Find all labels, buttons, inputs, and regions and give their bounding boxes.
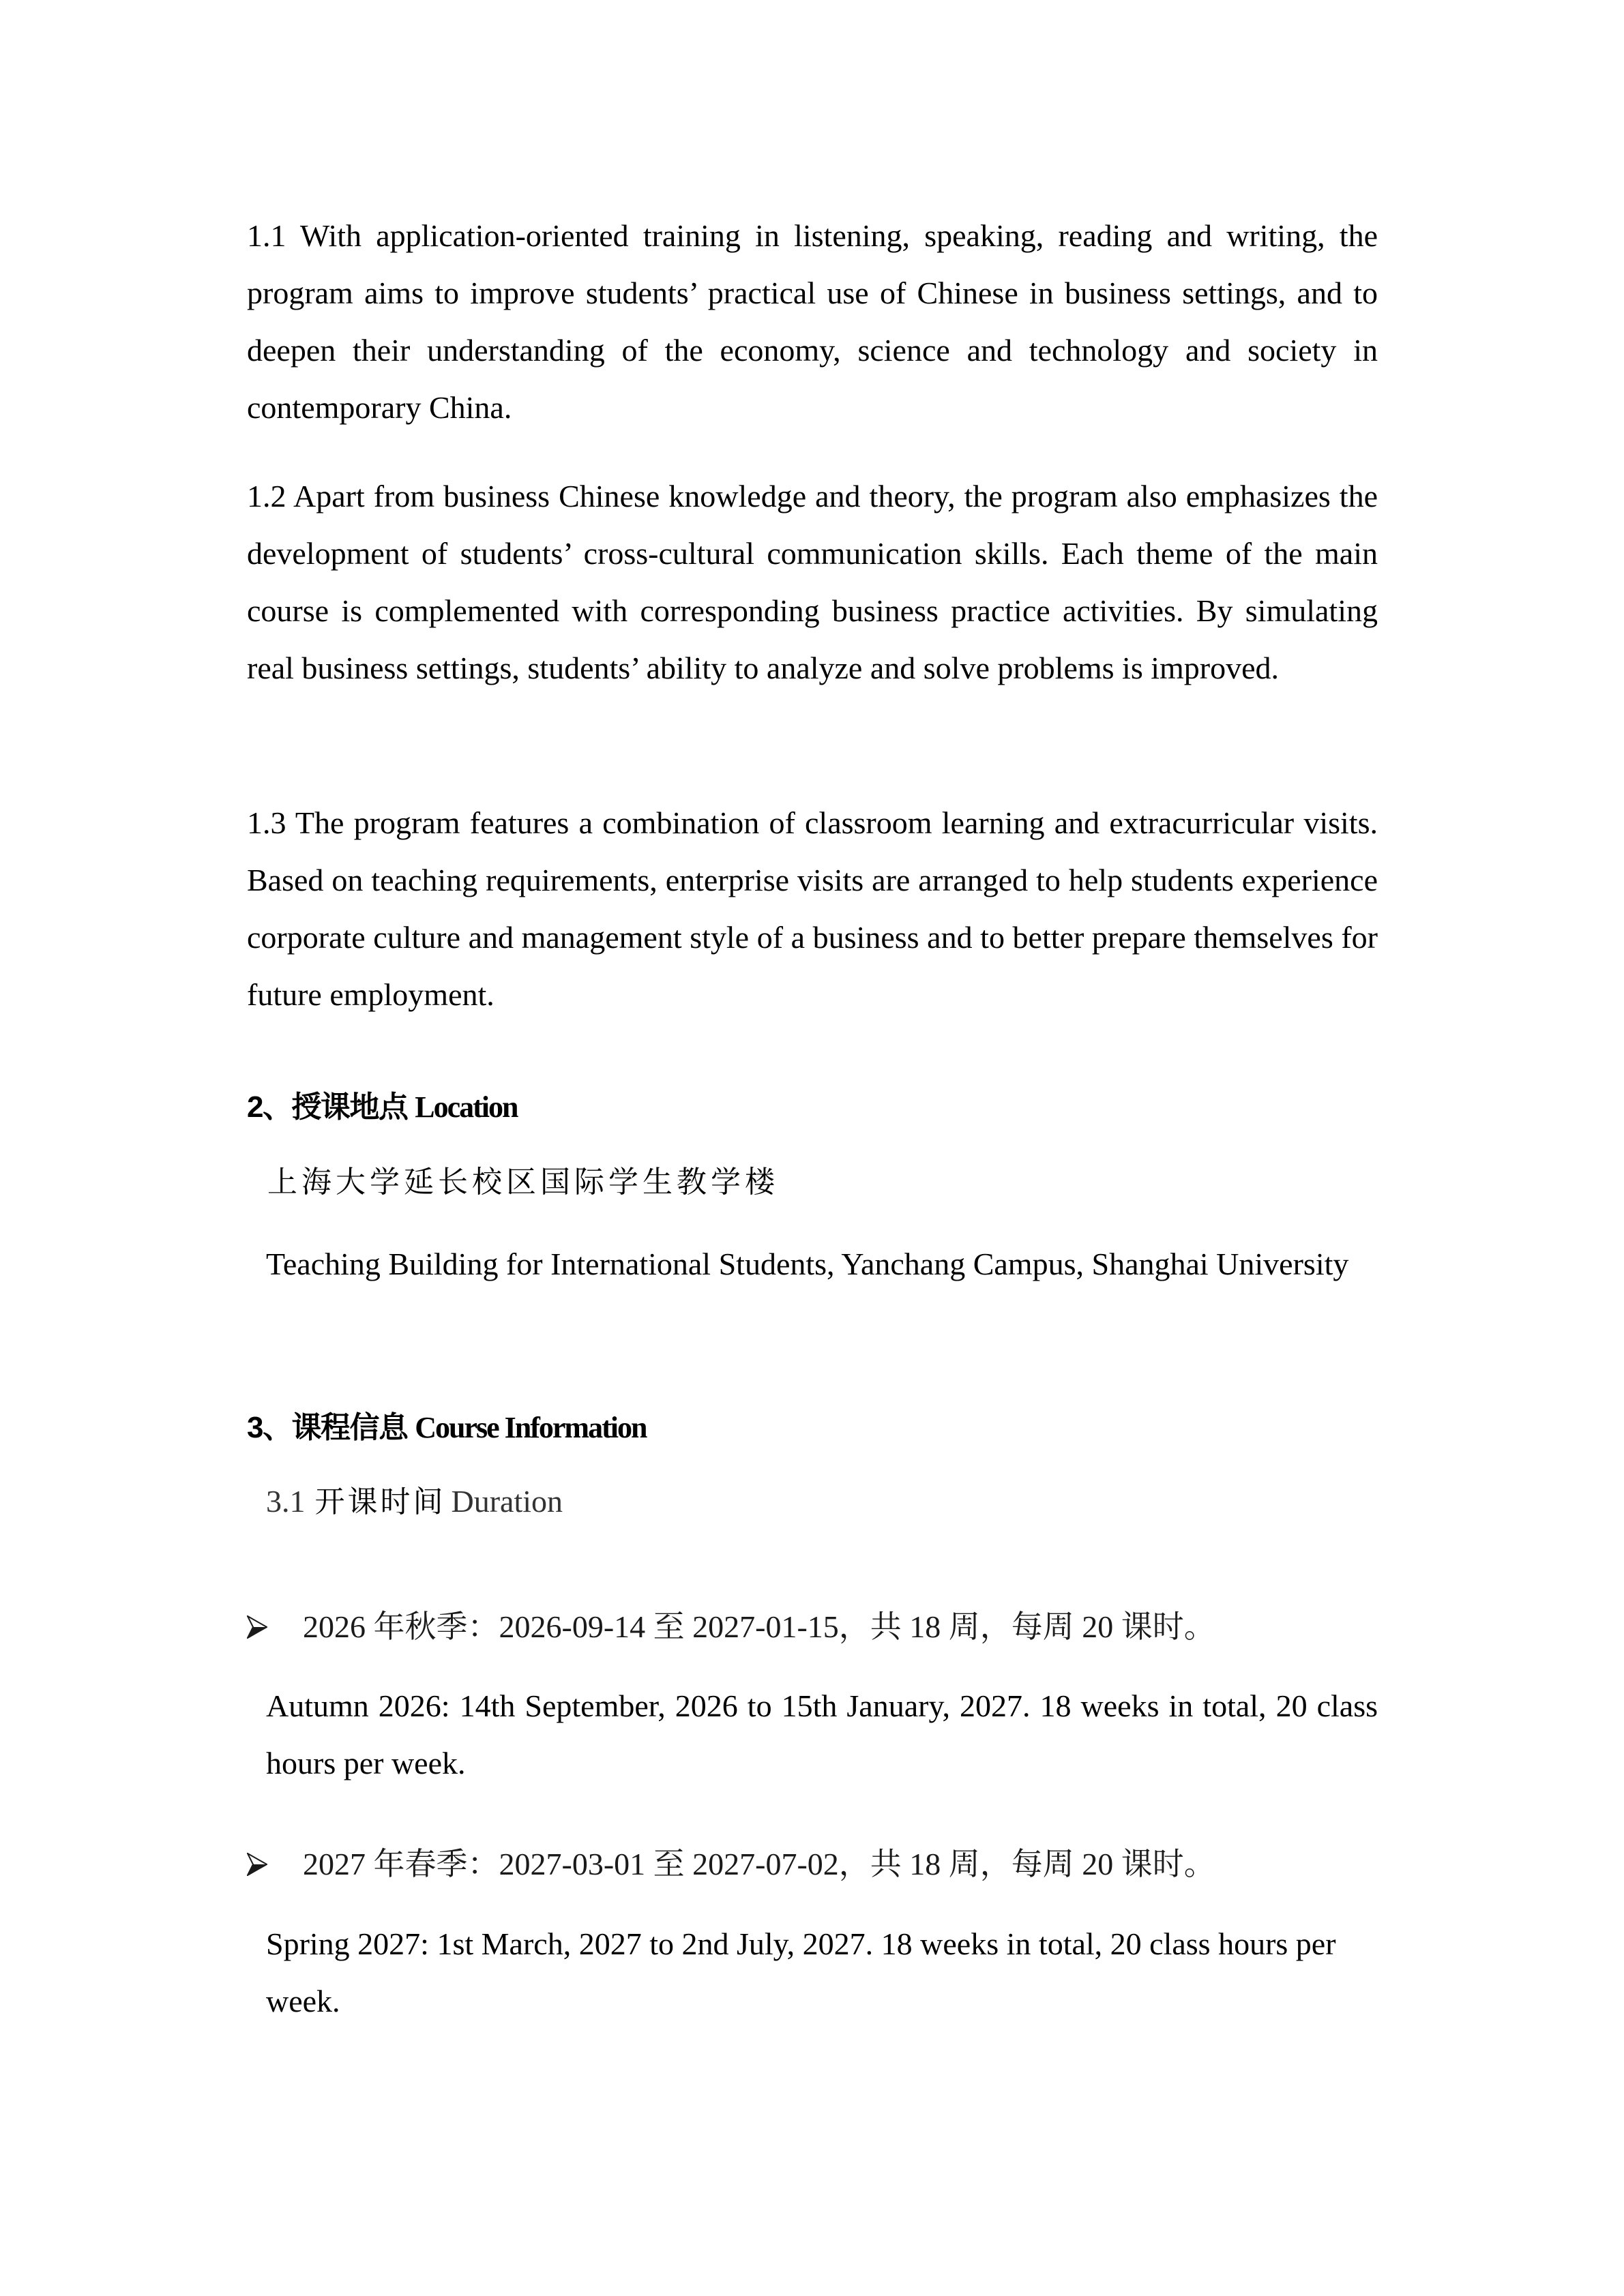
term-chinese: 2026 年秋季：2026-09-14 至 2027-01-15，共 18 周，… <box>303 1609 1215 1644</box>
section-number: 2、 <box>247 1090 291 1124</box>
section-number: 3、 <box>247 1411 291 1444</box>
term-bullet-spring: 2027 年春季：2027-03-01 至 2027-07-02，共 18 周，… <box>247 1844 1378 1885</box>
subsection-heading-duration: 3.1开课时间Duration <box>266 1481 563 1523</box>
section-title-en: Location <box>415 1090 517 1124</box>
paragraph-1-3: 1.3 The program features a combination o… <box>247 794 1378 1024</box>
term-bullet-autumn: 2026 年秋季：2026-09-14 至 2027-01-15，共 18 周，… <box>247 1607 1378 1648</box>
arrowhead-bullet-icon <box>247 1615 267 1639</box>
subsection-title-cn: 开课时间 <box>315 1485 446 1519</box>
location-chinese: 上海大学延长校区国际学生教学楼 <box>267 1162 779 1203</box>
section-title-en: Course Information <box>415 1411 646 1444</box>
term-english-spring: Spring 2027: 1st March, 2027 to 2nd July… <box>266 1915 1357 2030</box>
arrowhead-bullet-icon <box>247 1853 267 1876</box>
paragraph-1-1: 1.1 With application-oriented training i… <box>247 207 1378 436</box>
term-chinese: 2027 年春季：2027-03-01 至 2027-07-02，共 18 周，… <box>303 1847 1215 1881</box>
paragraph-1-2: 1.2 Apart from business Chinese knowledg… <box>247 468 1378 697</box>
subsection-number: 3.1 <box>266 1484 306 1519</box>
subsection-title-en: Duration <box>452 1484 563 1519</box>
section-heading-location: 2、授课地点 Location <box>247 1087 517 1128</box>
location-english: Teaching Building for International Stud… <box>266 1236 1378 1293</box>
section-heading-course-information: 3、课程信息 Course Information <box>247 1407 646 1448</box>
term-english-autumn: Autumn 2026: 14th September, 2026 to 15t… <box>266 1678 1378 1792</box>
section-title-cn: 课程信息 <box>291 1411 407 1444</box>
document-page: 1.1 With application-oriented training i… <box>0 0 1624 2296</box>
section-title-cn: 授课地点 <box>291 1090 407 1124</box>
